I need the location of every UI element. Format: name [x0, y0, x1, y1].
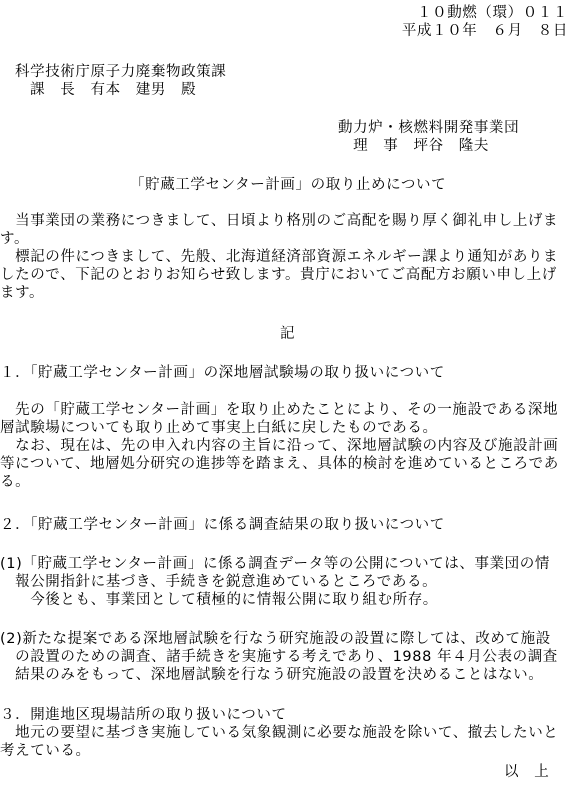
section-3-line: 地元の要望に基づき実施している気象観測に必要な施設を除いて、撤去したいと — [0, 724, 558, 742]
section-1-line: る。 — [0, 473, 30, 491]
section-2-heading: ２．「貯蔵工学センター計画」に係る調査結果の取り扱いについて — [0, 516, 445, 534]
section-3-line: 考えている。 — [0, 742, 91, 760]
section-1-line: なお、現在は、先の申入れ内容の主旨に沿って、深地層試験の内容及び施設計画 — [0, 437, 558, 455]
document-date: 平成１０年 ６月 ８日 — [402, 22, 568, 40]
section-2-item-2-line: (2)新たな提案である深地層試験を行なう研究施設の設置に際しては、改めて施設 — [0, 630, 551, 648]
section-2-item-1-line: 報公開指針に基づき、手続きを鋭意進めているところである。 — [0, 573, 437, 591]
ki-heading: 記 — [280, 325, 295, 343]
intro-line: ます。 — [0, 284, 44, 302]
section-3-heading: ３．開進地区現場詰所の取り扱いについて — [0, 706, 287, 724]
section-1-line: 層試験場についても取り止めて事実上白紙に戻したものである。 — [0, 419, 438, 437]
section-1-line: 等について、地層処分研究の進捗等を踏まえ、具体的検討を進めているところであ — [0, 455, 559, 473]
intro-line: す。 — [0, 230, 29, 248]
section-1-line: 先の「貯蔵工学センター計画」を取り止めたことにより、その一施設である深地 — [0, 401, 558, 419]
section-2-item-1-line: (1)「貯蔵工学センター計画」に係る調査データ等の公開については、事業団の情 — [0, 555, 550, 573]
intro-line: 標記の件につきまして、先般、北海道経済部資源エネルギー課より通知がありま — [0, 248, 558, 266]
section-1-heading: １．「貯蔵工学センター計画」の深地層試験場の取り扱いについて — [0, 364, 445, 382]
sender-name: 理 事 坪谷 隆夫 — [338, 137, 489, 155]
section-2-item-1-line: 今後とも、事業団として積極的に情報公開に取り組む所存。 — [0, 591, 438, 609]
section-2-item-2-line: 結果のみをもって、深地層試験を行なう研究施設の設置を決めることはない。 — [0, 666, 543, 684]
document-number: １０動燃（環）０１１ — [417, 4, 568, 22]
document-title: 「貯蔵工学センター計画」の取り止めについて — [130, 176, 446, 194]
recipient-name: 課 長 有本 建男 殿 — [15, 81, 196, 99]
intro-line: 当事業団の業務につきまして、日頃より格別のご高配を賜り厚く御礼申し上げま — [0, 212, 558, 230]
intro-line: したので、下記のとおりお知らせ致します。貴庁においてご高配方お願い申し上げ — [0, 266, 557, 284]
recipient-organization: 科学技術庁原子力廃棄物政策課 — [15, 63, 226, 81]
sender-organization: 動力炉・核燃料開発事業団 — [338, 119, 519, 137]
closing-mark: 以 上 — [504, 763, 549, 781]
section-2-item-2-line: の設置のための調査、諸手続きを実施する考えであり、1988 年４月公表の調査 — [0, 648, 558, 666]
